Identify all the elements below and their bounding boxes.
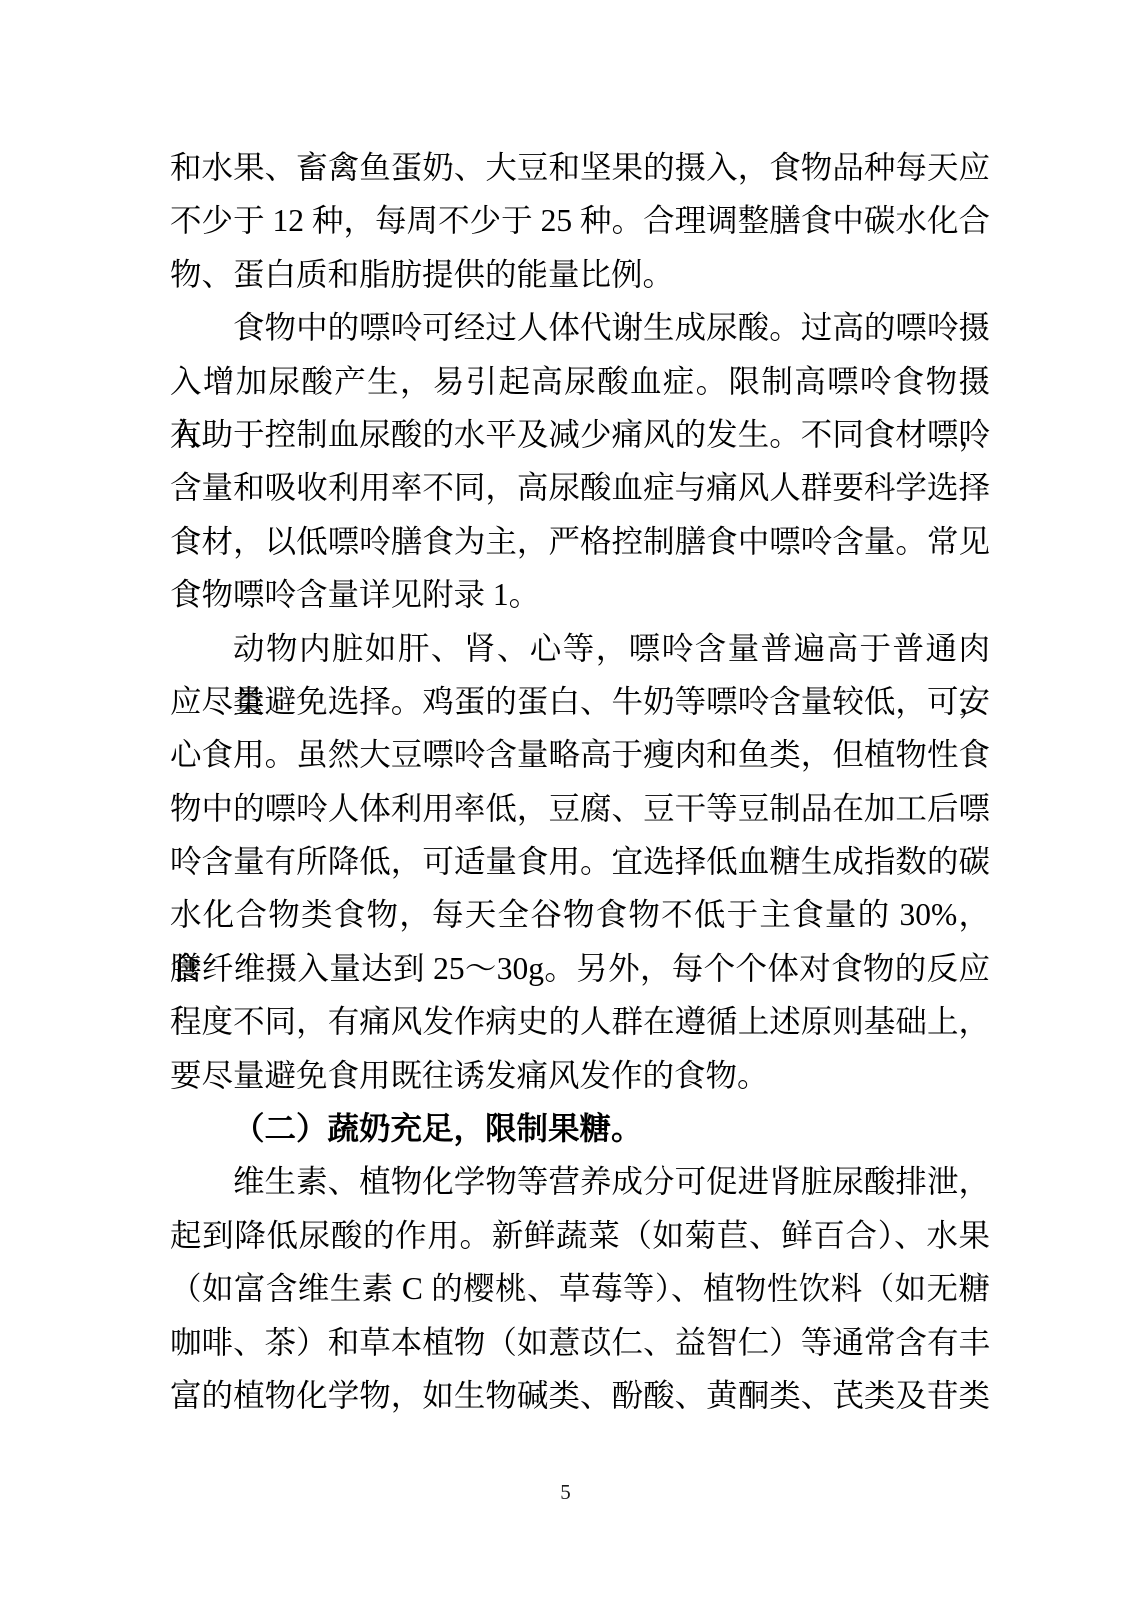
page-number: 5 — [0, 1478, 1131, 1506]
text-line: 食物嘌呤含量详见附录 1。 — [170, 568, 990, 621]
document-page: 和水果、畜禽鱼蛋奶、大豆和坚果的摄入，食物品种每天应不少于 12 种，每周不少于… — [0, 0, 1131, 1600]
text-line: 食纤维摄入量达到 25～30g。另外，每个个体对食物的反应 — [170, 942, 990, 995]
text-line: 物、蛋白质和脂肪提供的能量比例。 — [170, 248, 990, 301]
text-line: 有助于控制血尿酸的水平及减少痛风的发生。不同食材嘌呤 — [170, 408, 990, 461]
text-line: 咖啡、茶）和草本植物（如薏苡仁、益智仁）等通常含有丰 — [170, 1316, 990, 1369]
text-line: 心食用。虽然大豆嘌呤含量略高于瘦肉和鱼类，但植物性食 — [170, 728, 990, 781]
text-line: 食物中的嘌呤可经过人体代谢生成尿酸。过高的嘌呤摄 — [170, 301, 990, 354]
text-line: （二）蔬奶充足，限制果糖。 — [170, 1102, 990, 1155]
text-line: 食材，以低嘌呤膳食为主，严格控制膳食中嘌呤含量。常见 — [170, 515, 990, 568]
document-body: 和水果、畜禽鱼蛋奶、大豆和坚果的摄入，食物品种每天应不少于 12 种，每周不少于… — [170, 141, 990, 1422]
text-line: 呤含量有所降低，可适量食用。宜选择低血糖生成指数的碳 — [170, 835, 990, 888]
text-line: 动物内脏如肝、肾、心等，嘌呤含量普遍高于普通肉类， — [170, 622, 990, 675]
text-line: 程度不同，有痛风发作病史的人群在遵循上述原则基础上， — [170, 995, 990, 1048]
paragraph: 食物中的嘌呤可经过人体代谢生成尿酸。过高的嘌呤摄入增加尿酸产生，易引起高尿酸血症… — [170, 301, 990, 621]
text-line: 要尽量避免食用既往诱发痛风发作的食物。 — [170, 1049, 990, 1102]
text-line: 物中的嘌呤人体利用率低，豆腐、豆干等豆制品在加工后嘌 — [170, 782, 990, 835]
text-line: 维生素、植物化学物等营养成分可促进肾脏尿酸排泄， — [170, 1155, 990, 1208]
section-heading: （二）蔬奶充足，限制果糖。 — [170, 1102, 990, 1155]
text-line: （如富含维生素 C 的樱桃、草莓等）、植物性饮料（如无糖 — [170, 1262, 990, 1315]
paragraph: 和水果、畜禽鱼蛋奶、大豆和坚果的摄入，食物品种每天应不少于 12 种，每周不少于… — [170, 141, 990, 301]
text-line: 入增加尿酸产生，易引起高尿酸血症。限制高嘌呤食物摄入， — [170, 355, 990, 408]
text-line: 水化合物类食物，每天全谷物食物不低于主食量的 30%，膳 — [170, 888, 990, 941]
paragraph: 维生素、植物化学物等营养成分可促进肾脏尿酸排泄，起到降低尿酸的作用。新鲜蔬菜（如… — [170, 1155, 990, 1422]
text-line: 不少于 12 种，每周不少于 25 种。合理调整膳食中碳水化合 — [170, 194, 990, 247]
text-line: 和水果、畜禽鱼蛋奶、大豆和坚果的摄入，食物品种每天应 — [170, 141, 990, 194]
text-line: 应尽量避免选择。鸡蛋的蛋白、牛奶等嘌呤含量较低，可安 — [170, 675, 990, 728]
paragraph: 动物内脏如肝、肾、心等，嘌呤含量普遍高于普通肉类，应尽量避免选择。鸡蛋的蛋白、牛… — [170, 622, 990, 1103]
text-line: 含量和吸收利用率不同，高尿酸血症与痛风人群要科学选择 — [170, 461, 990, 514]
text-line: 起到降低尿酸的作用。新鲜蔬菜（如菊苣、鲜百合）、水果 — [170, 1209, 990, 1262]
text-line: 富的植物化学物，如生物碱类、酚酸、黄酮类、芪类及苷类 — [170, 1369, 990, 1422]
